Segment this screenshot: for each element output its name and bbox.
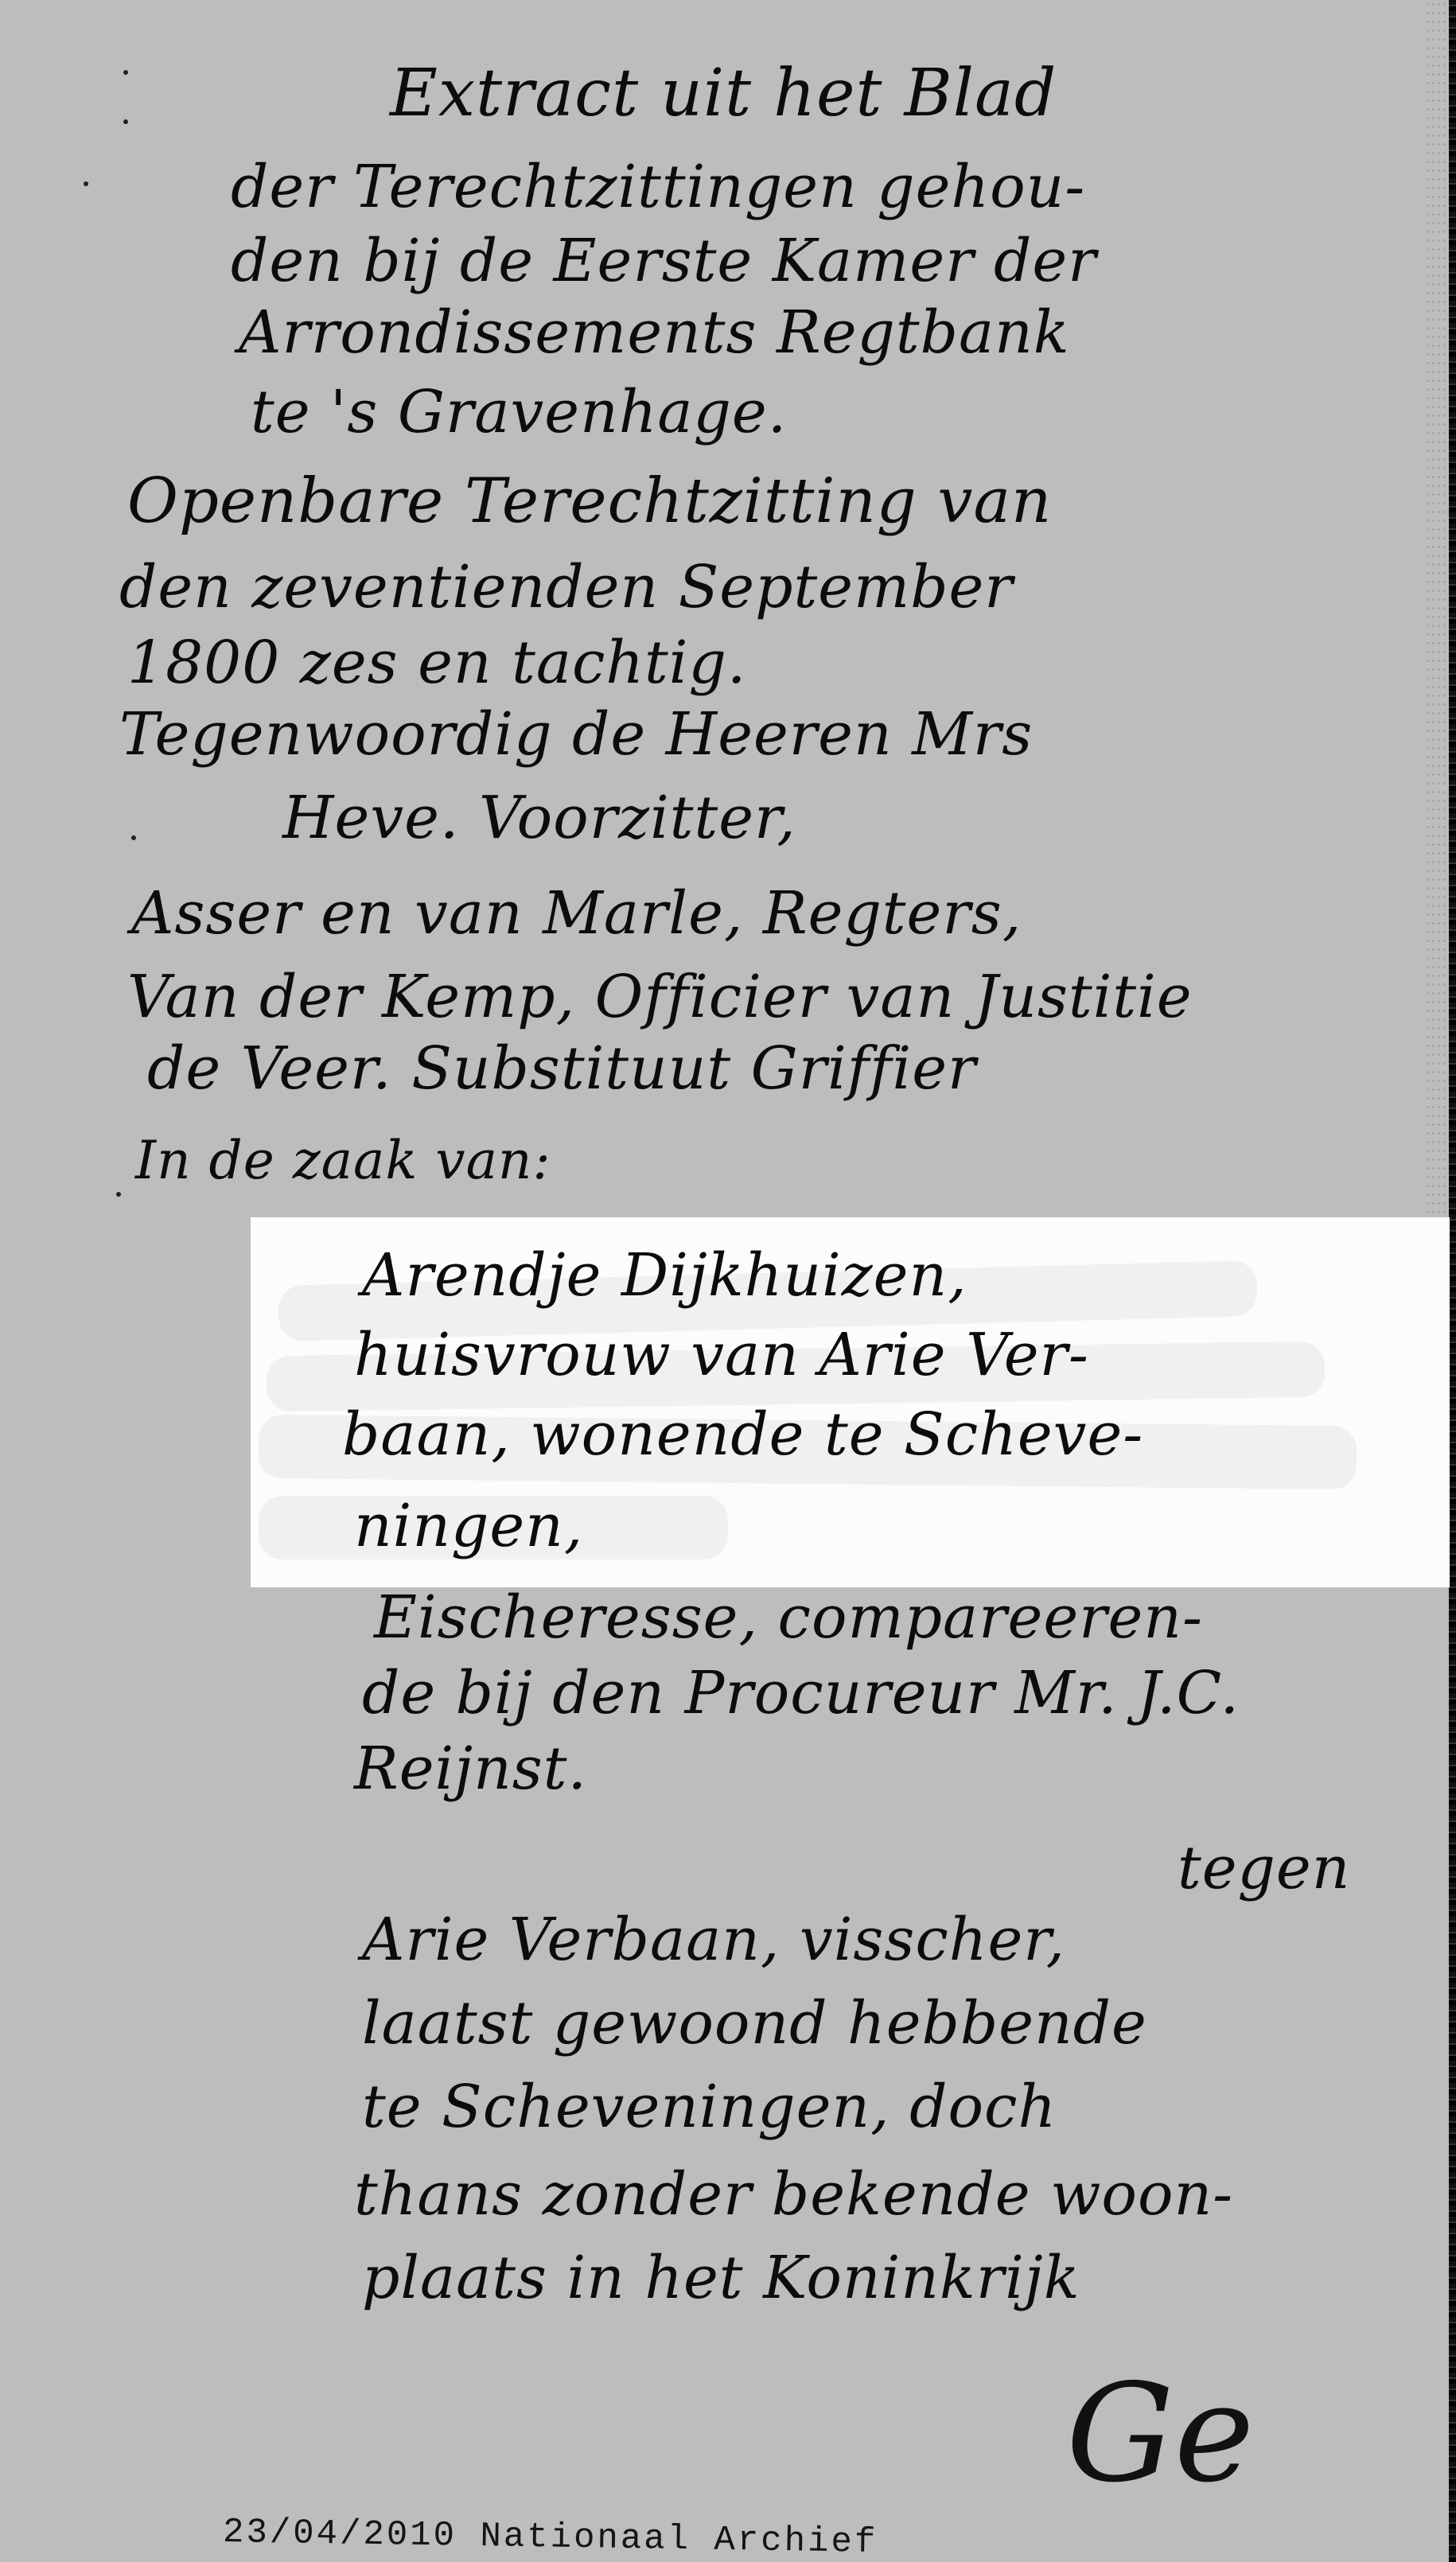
margin-mark [123, 119, 128, 124]
body-line: thans zonder bekende woon- [354, 2160, 1233, 2229]
session-line: Openbare Terechtzitting van [127, 465, 1052, 537]
session-line: Tegenwoordig de Heeren Mrs [119, 700, 1033, 769]
header-line: den bij de Eerste Kamer der [231, 227, 1097, 295]
margin-mark [123, 70, 128, 75]
margin-mark [131, 835, 136, 840]
archive-stamp-source: Nationaal Archief [480, 2517, 878, 2562]
session-line: Heve. Voorzitter, [282, 784, 796, 852]
body-line: de bij den Procureur Mr. J.C. [362, 1659, 1240, 1727]
signature-initials: Ge [1066, 2355, 1254, 2513]
scan-edge-border [1449, 0, 1456, 2562]
archive-stamp: 23/04/2010 Nationaal Archief [223, 2513, 878, 2562]
body-line: plaats in het Koninkrijk [362, 2244, 1080, 2312]
margin-mark [116, 1192, 121, 1197]
header-line: der Terechtzittingen gehou- [231, 153, 1085, 221]
highlighted-line: baan, wonende te Scheve- [342, 1400, 1143, 1469]
scanned-document-page: Extract uit het Blad der Terechtzittinge… [0, 0, 1456, 2562]
session-line: de Veer. Substituut Griffier [147, 1034, 976, 1103]
highlighted-party-block: Arendje Dijkhuizen, huisvrouw van Arie V… [251, 1217, 1450, 1587]
session-line: den zeventienden September [119, 553, 1014, 621]
highlighted-line: ningen, [354, 1492, 583, 1560]
session-line: Asser en van Marle, Regters, [131, 879, 1022, 948]
margin-mark [84, 181, 88, 186]
body-line: Eischeresse, compareeren- [374, 1583, 1203, 1652]
body-line: tegen [1178, 1834, 1350, 1902]
archive-stamp-date: 23/04/2010 [223, 2513, 457, 2556]
highlighted-line: huisvrouw van Arie Ver- [354, 1321, 1089, 1389]
body-line: laatst gewoond hebbende [362, 1989, 1147, 2058]
session-line: 1800 zes en tachtig. [127, 629, 746, 697]
body-line: te Scheveningen, doch [362, 2073, 1057, 2141]
body-line: Reijnst. [354, 1735, 587, 1803]
session-line: In de zaak van: [135, 1130, 551, 1191]
header-line: te 's Gravenhage. [251, 378, 787, 446]
highlighted-line: Arendje Dijkhuizen, [362, 1241, 967, 1310]
header-line: Extract uit het Blad [390, 56, 1057, 131]
header-line: Arrondissements Regtbank [239, 298, 1070, 367]
body-line: Arie Verbaan, visscher, [362, 1906, 1065, 1974]
session-line: Van der Kemp, Officier van Justitie [127, 963, 1193, 1031]
